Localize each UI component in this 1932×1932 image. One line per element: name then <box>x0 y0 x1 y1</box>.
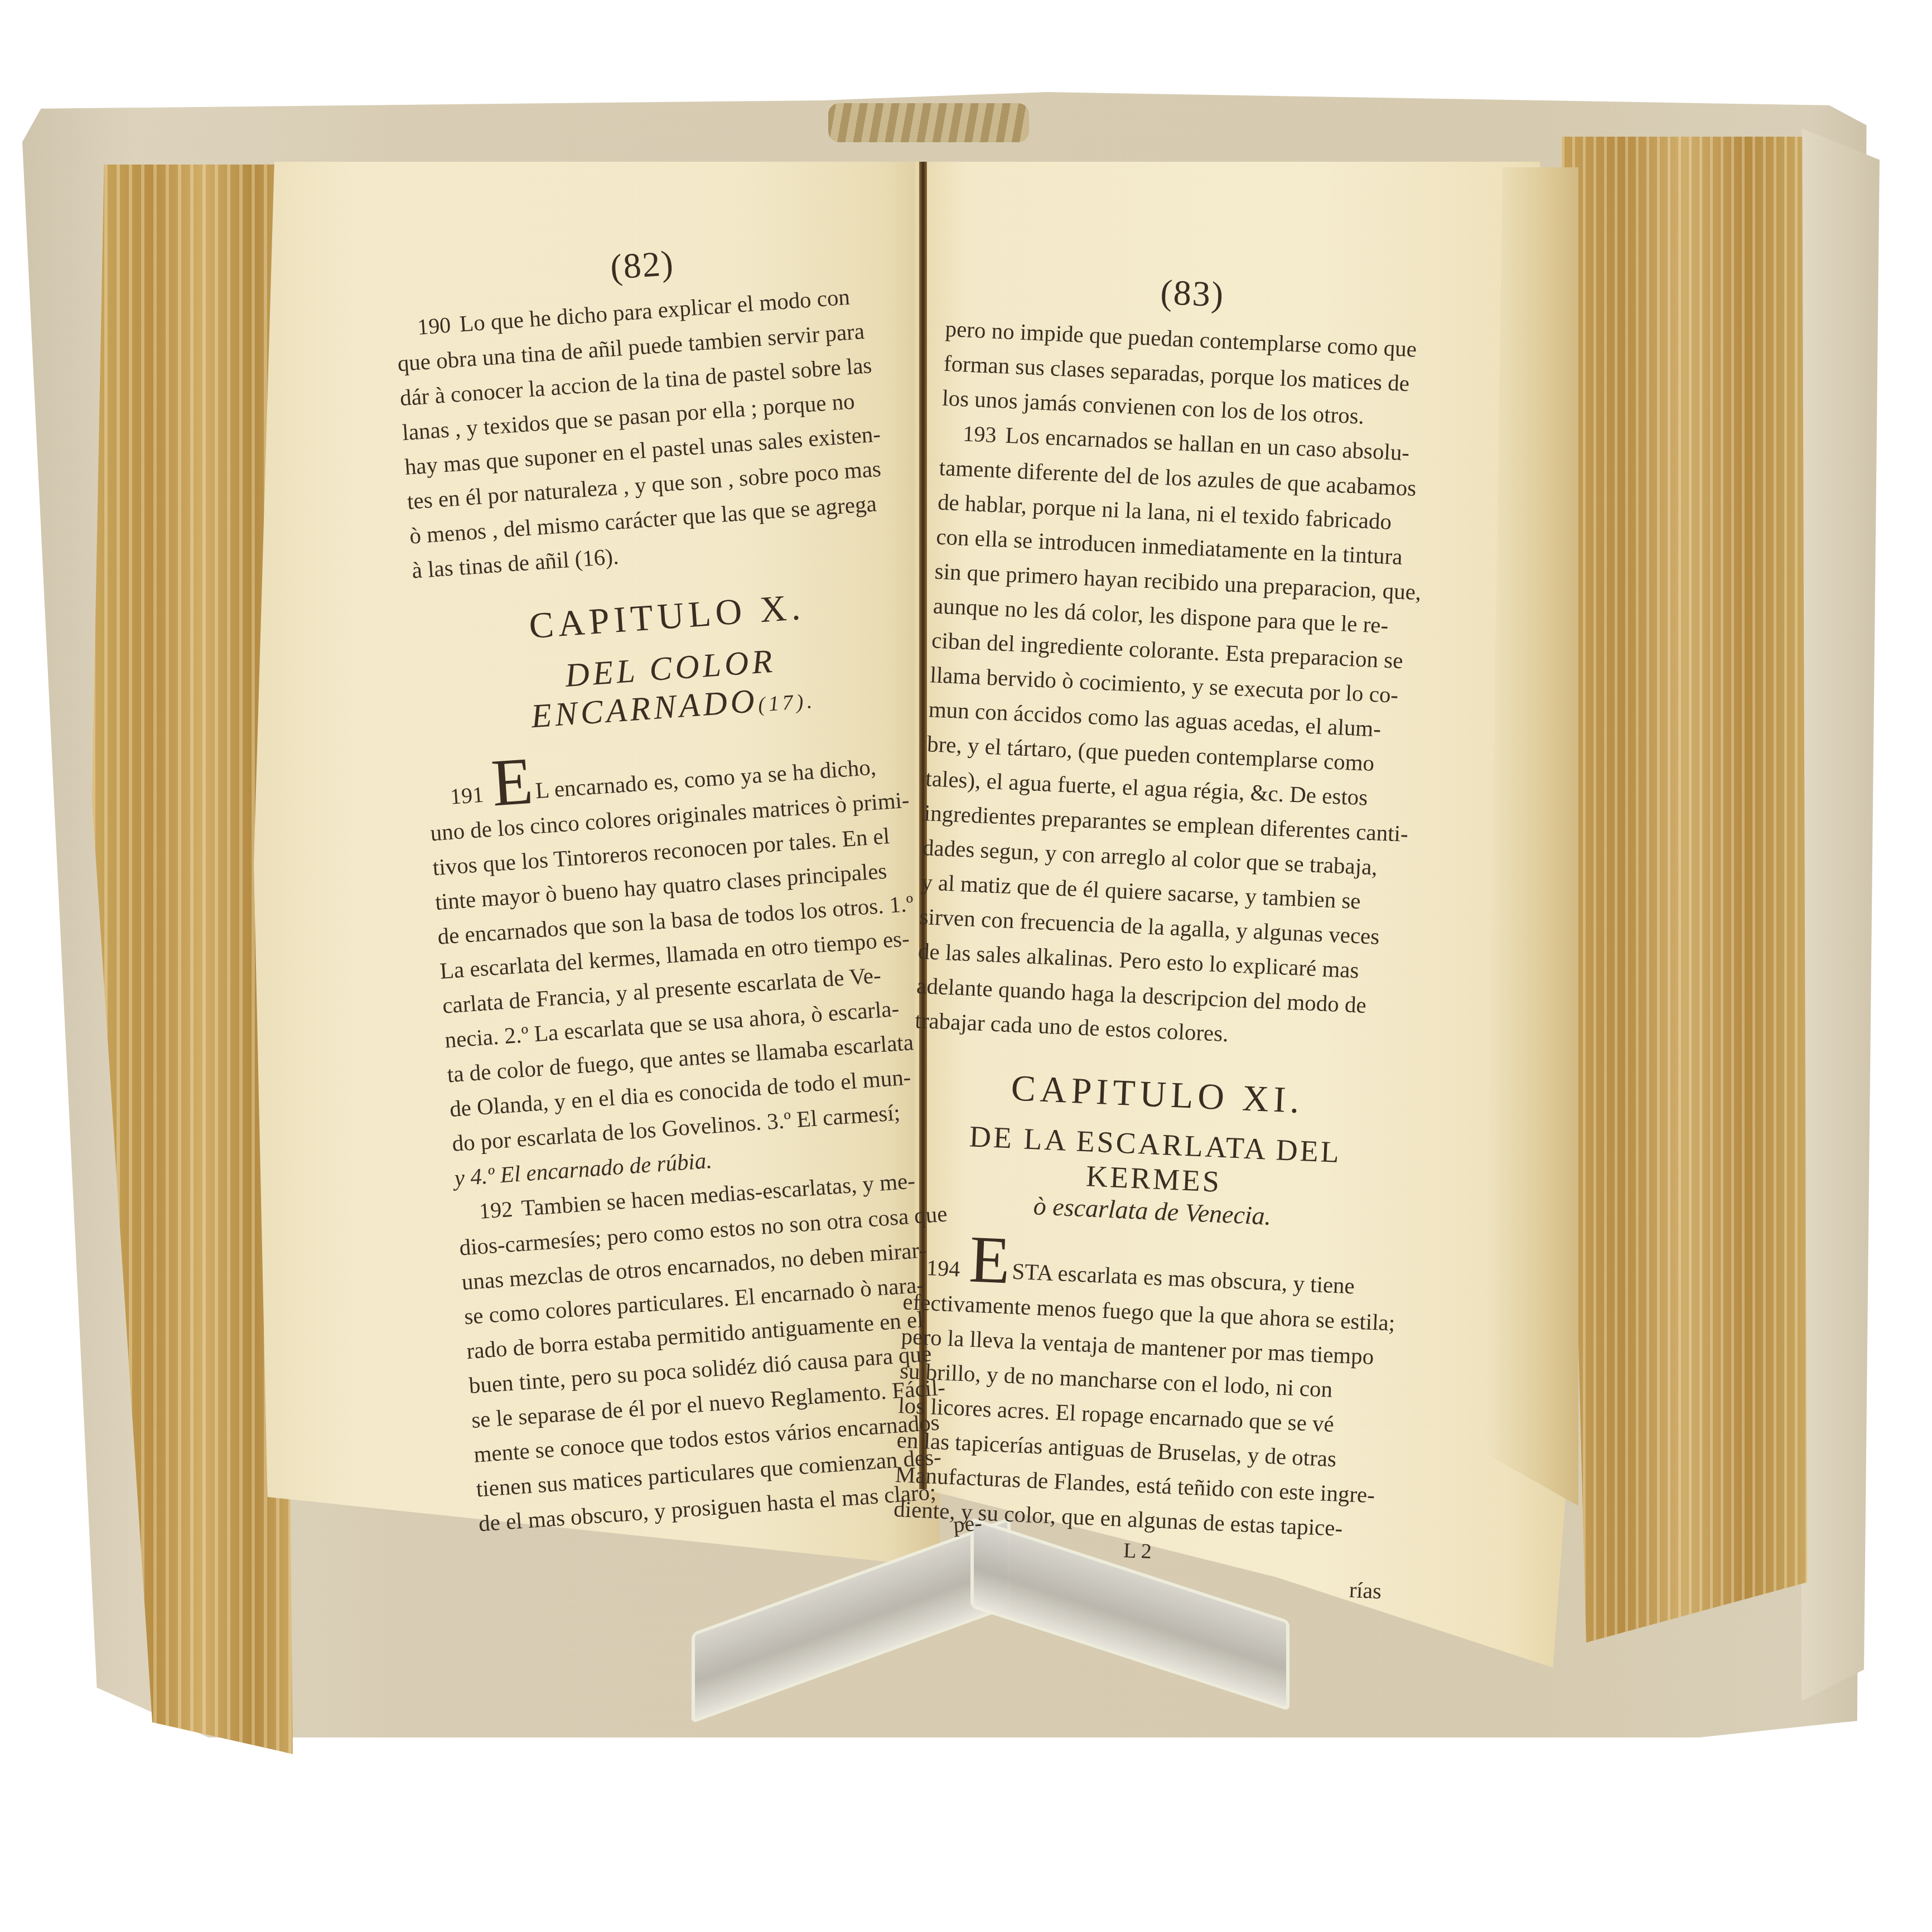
right-cover-edge <box>1801 128 1880 1701</box>
paragraph-number: 193 <box>963 421 997 447</box>
chapter-note: (17). <box>757 689 816 717</box>
open-book-photo: (82) 190Lo que he dicho para explicar el… <box>0 0 1932 1932</box>
paragraph-number: 194 <box>926 1255 960 1282</box>
right-page-text: (83) pero no impide que puedan contempla… <box>890 262 1438 1609</box>
right-fore-edge <box>1562 137 1807 1643</box>
continued-text: pero no impide que puedan contemplarse c… <box>941 311 1436 436</box>
paragraph-191: 191EL encarnado es, como ya se ha dicho,… <box>425 725 956 1195</box>
paragraph-number: 191 <box>450 782 485 809</box>
chapter-heading: CAPITULO XI. <box>911 1063 1403 1127</box>
paragraph-number: 190 <box>417 312 452 340</box>
paragraph-194: 194ESTA escarlata es mas obscura, y tien… <box>893 1228 1396 1547</box>
headband <box>828 103 1029 142</box>
paragraph-number: 192 <box>479 1196 514 1224</box>
paragraph-193: 193Los encarnados se hallan en un caso a… <box>914 415 1432 1059</box>
paragraph-190: 190Lo que he dicho para explicar el modo… <box>394 276 914 588</box>
left-page-text: (82) 190Lo que he dicho para explicar el… <box>390 227 983 1575</box>
drop-cap: E <box>968 1221 1012 1297</box>
